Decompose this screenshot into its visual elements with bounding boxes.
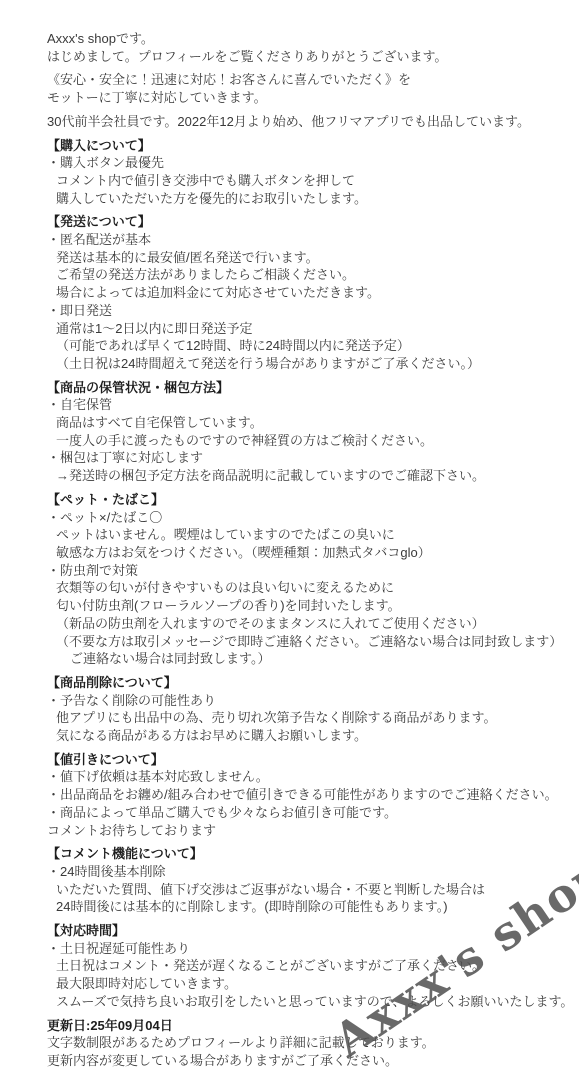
text-line: （土日祝は24時間超えて発送を行う場合がありますがご了承ください。）: [47, 355, 569, 373]
text-line: ご連絡ない場合は同封致します。）: [47, 650, 569, 668]
intro-section: Axxx's shopです。 はじめまして。プロフィールをご覧くださりありがとう…: [47, 30, 569, 65]
section-comments: 【コメント機能について】 ・24時間後基本削除 いただいた質問、値下げ交渉はご返…: [47, 845, 569, 916]
text-line: スムーズで気持ち良いお取引をしたいと思っていますので、よろしくお願いいたします。: [47, 993, 569, 1011]
text-line: 場合によっては追加料金にて対応させていただきます。: [47, 284, 569, 302]
text-line: （不要な方は取引メッセージで即時ご連絡ください。ご連絡ない場合は同封致します）: [47, 633, 569, 651]
text-line: →発送時の梱包予定方法を商品説明に記載していますのでご確認下さい。: [47, 467, 569, 485]
text-line: 敏感な方はお気をつけください。（喫煙種類：加熱式タバコglo）: [47, 544, 569, 562]
text-line: ペットはいません。喫煙はしていますのでたばこの臭いに: [47, 526, 569, 544]
section-pet-tobacco: 【ペット・たばこ】 ・ペット×/たばこ〇 ペットはいません。喫煙はしていますので…: [47, 491, 569, 668]
section-shipping: 【発送について】 ・匿名配送が基本 発送は基本的に最安値/匿名発送で行います。 …: [47, 213, 569, 372]
text-line: 一度人の手に渡ったものですので神経質の方はご検討ください。: [47, 432, 569, 450]
section-storage-packing: 【商品の保管状況・梱包方法】 ・自宅保管 商品はすべて自宅保管しています。 一度…: [47, 379, 569, 485]
text-line: いただいた質問、値下げ交渉はご返事がない場合・不要と判断した場合は: [47, 881, 569, 899]
text-line: ・予告なく削除の可能性あり: [47, 692, 569, 710]
section-heading: 【コメント機能について】: [47, 845, 569, 863]
text-line: ・即日発送: [47, 302, 569, 320]
text-line: ・防虫剤で対策: [47, 562, 569, 580]
text-line: はじめまして。プロフィールをご覧くださりありがとうございます。: [47, 48, 569, 66]
text-line: ・出品商品をお纏め/組み合わせで値引きできる可能性がありますのでご連絡ください。: [47, 786, 569, 804]
about-section: 30代前半会社員です。2022年12月より始め、他フリマアプリでも出品しています…: [47, 113, 569, 131]
text-line: ・24時間後基本削除: [47, 863, 569, 881]
text-line: ・ペット×/たばこ〇: [47, 509, 569, 527]
shop-name-line: Axxx's shopです。: [47, 30, 569, 48]
text-line: 購入していただいた方を優先的にお取引いたします。: [47, 190, 569, 208]
section-update-date: 更新日:25年09月04日 文字数制限があるためプロフィールより詳細に記載してお…: [47, 1017, 569, 1070]
text-line: コメント内で値引き交渉中でも購入ボタンを押して: [47, 172, 569, 190]
text-line: （可能であれば早くて12時間、時に24時間以内に発送予定）: [47, 337, 569, 355]
text-line: 30代前半会社員です。2022年12月より始め、他フリマアプリでも出品しています…: [47, 113, 569, 131]
text-line: 通常は1～2日以内に即日発送予定: [47, 320, 569, 338]
update-date-heading: 更新日:25年09月04日: [47, 1017, 569, 1035]
text-line: 《安心・安全に！迅速に対応！お客さんに喜んでいただく》を: [47, 71, 569, 89]
profile-page: Axxx's shopです。 はじめまして。プロフィールをご覧くださりありがとう…: [0, 0, 579, 1080]
text-line: ・匿名配送が基本: [47, 231, 569, 249]
section-discount: 【値引きについて】 ・値下げ依頼は基本対応致しません。 ・出品商品をお纏め/組み…: [47, 751, 569, 840]
text-line: 匂い付防虫剤(フローラルソープの香り)を同封いたします。: [47, 597, 569, 615]
text-line: （新品の防虫剤を入れますのでそのままタンスに入れてご使用ください）: [47, 615, 569, 633]
text-line: コメントお待ちしております: [47, 822, 569, 840]
text-line: ・商品によって単品ご購入でも少々ならお値引き可能です。: [47, 804, 569, 822]
text-line: 他アプリにも出品中の為、売り切れ次第予告なく削除する商品があります。: [47, 709, 569, 727]
text-line: 文字数制限があるためプロフィールより詳細に記載しております。: [47, 1034, 569, 1052]
text-line: 更新内容が変更している場合がありますがご了承ください。: [47, 1052, 569, 1070]
section-heading: 【商品削除について】: [47, 674, 569, 692]
text-line: 最大限即時対応していきます。: [47, 975, 569, 993]
text-line: ・自宅保管: [47, 396, 569, 414]
text-line: 発送は基本的に最安値/匿名発送で行います。: [47, 249, 569, 267]
section-heading: 【発送について】: [47, 213, 569, 231]
text-line: 衣類等の匂いが付きやすいものは良い匂いに変えるために: [47, 579, 569, 597]
text-line: 気になる商品がある方はお早めに購入お願いします。: [47, 727, 569, 745]
text-line: ・購入ボタン最優先: [47, 154, 569, 172]
motto-section: 《安心・安全に！迅速に対応！お客さんに喜んでいただく》を モットーに丁寧に対応し…: [47, 71, 569, 106]
text-line: モットーに丁寧に対応していきます。: [47, 89, 569, 107]
section-purchase: 【購入について】 ・購入ボタン最優先 コメント内で値引き交渉中でも購入ボタンを押…: [47, 137, 569, 208]
section-heading: 【ペット・たばこ】: [47, 491, 569, 509]
text-line: ・値下げ依頼は基本対応致しません。: [47, 768, 569, 786]
text-line: ・梱包は丁寧に対応します: [47, 449, 569, 467]
section-heading: 【値引きについて】: [47, 751, 569, 769]
section-heading: 【購入について】: [47, 137, 569, 155]
section-heading: 【商品の保管状況・梱包方法】: [47, 379, 569, 397]
text-line: 商品はすべて自宅保管しています。: [47, 414, 569, 432]
section-item-deletion: 【商品削除について】 ・予告なく削除の可能性あり 他アプリにも出品中の為、売り切…: [47, 674, 569, 745]
text-line: ご希望の発送方法がありましたらご相談ください。: [47, 266, 569, 284]
